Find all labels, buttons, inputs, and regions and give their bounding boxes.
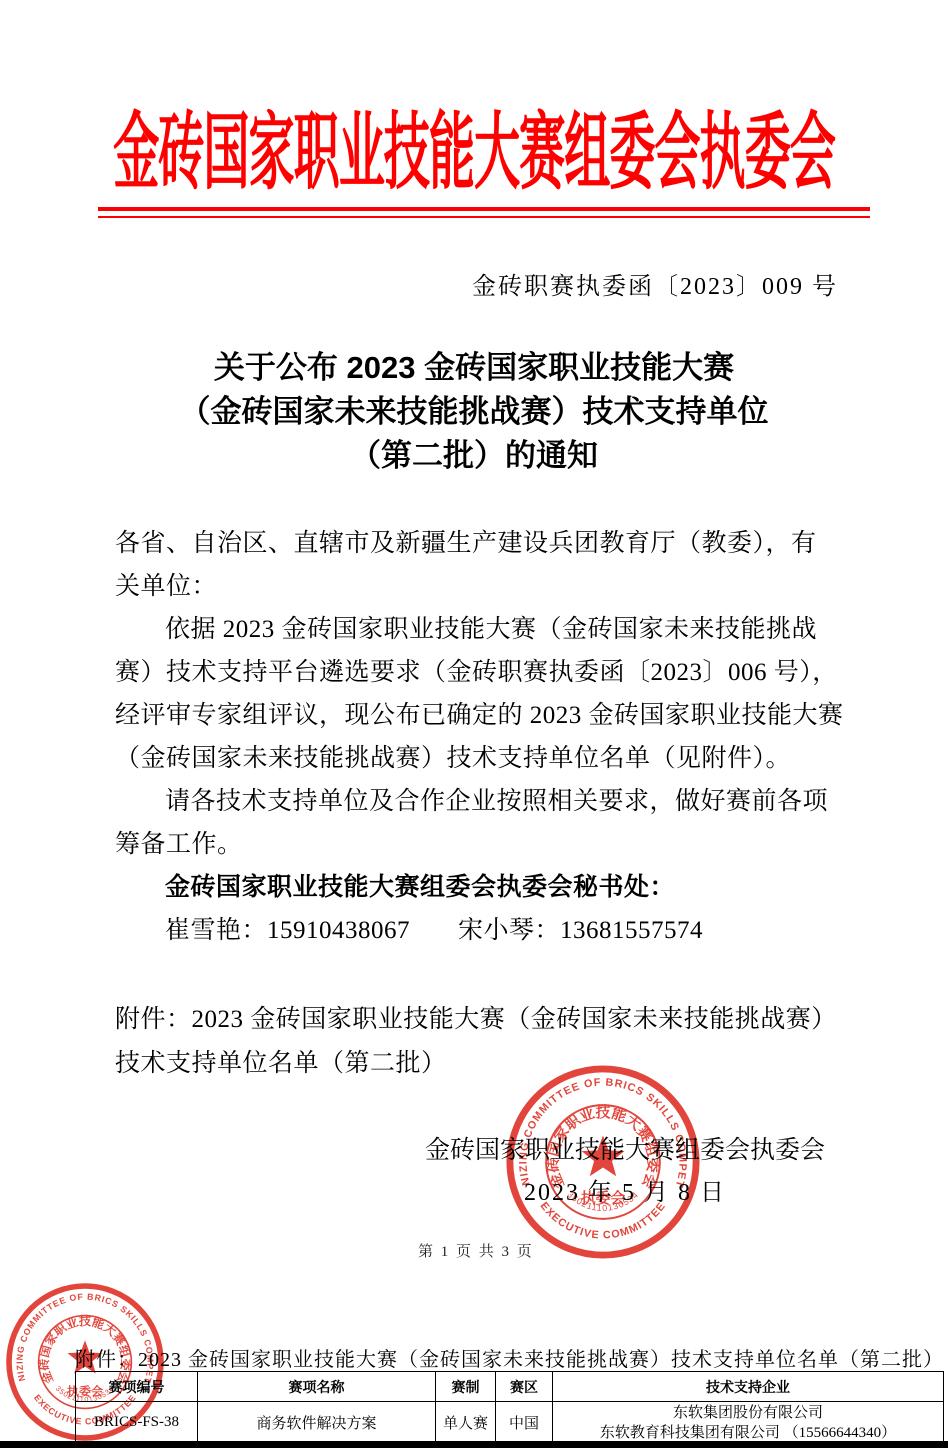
document-page: 金砖国家职业技能大赛组委会执委会 金砖职赛执委函〔2023〕009 号 关于公布…: [0, 0, 948, 1451]
salutation-line: 各省、自治区、直辖市及新疆生产建设兵团教育厅（教委），有: [115, 522, 841, 565]
cell-format: 单人赛: [436, 1402, 496, 1444]
official-seal-stamp: ORGANIZING COMMITTEE OF BRICS SKILLS COM…: [505, 1064, 701, 1260]
letterhead: 金砖国家职业技能大赛组委会执委会: [0, 110, 948, 197]
secretariat-heading: 金砖国家职业技能大赛组委会执委会秘书处：: [115, 866, 841, 909]
contact-line: 崔雪艳：15910438067宋小琴：13681557574: [115, 909, 841, 952]
column-header-region: 赛区: [496, 1372, 553, 1402]
contact-person-1: 崔雪艳：15910438067: [165, 917, 410, 944]
column-header-company: 技术支持企业: [553, 1372, 944, 1402]
paragraph-line: 赛）技术支持平台遴选要求（金砖职赛执委函〔2023〕006 号），: [115, 651, 841, 694]
letterhead-org-title: 金砖国家职业技能大赛组委会执委会: [113, 110, 835, 197]
column-header-format: 赛制: [436, 1372, 496, 1402]
table-header-row: 赛项编号 赛项名称 赛制 赛区 技术支持企业: [76, 1372, 944, 1402]
cell-company: 东软集团股份有限公司 东软教育科技集团有限公司 （15566644340）: [553, 1402, 944, 1444]
paragraph-line: 经评审专家组评议，现公布已确定的 2023 金砖国家职业技能大赛: [115, 694, 841, 737]
seal-star-icon: [582, 1136, 625, 1177]
company-name-2: 东软教育科技集团有限公司 （15566644340）: [553, 1423, 943, 1443]
attachment-note-line1: 附件：2023 金砖国家职业技能大赛（金砖国家未来技能挑战赛）: [115, 998, 855, 1042]
letterhead-divider: [98, 207, 870, 218]
attachment-table-heading: 附件：2023 金砖国家职业技能大赛（金砖国家未来技能挑战赛）技术支持单位名单（…: [75, 1343, 943, 1372]
notice-title-line2: （金砖国家未来技能挑战赛）技术支持单位: [0, 390, 948, 434]
paragraph-line: 筹备工作。: [115, 823, 841, 866]
table-row: BRICS-FS-38 商务软件解决方案 单人赛 中国 东软集团股份有限公司 东…: [76, 1402, 944, 1444]
contact-person-2: 宋小琴：13681557574: [458, 917, 703, 944]
attachment-note-line2: 技术支持单位名单（第二批）: [115, 1042, 855, 1086]
attachment-note: 附件：2023 金砖国家职业技能大赛（金砖国家未来技能挑战赛） 技术支持单位名单…: [115, 998, 855, 1086]
notice-title-line1: 关于公布 2023 金砖国家职业技能大赛: [0, 346, 948, 390]
cell-event-code: BRICS-FS-38: [76, 1402, 198, 1444]
notice-title: 关于公布 2023 金砖国家职业技能大赛 （金砖国家未来技能挑战赛）技术支持单位…: [0, 346, 948, 478]
technical-support-table: 赛项编号 赛项名称 赛制 赛区 技术支持企业 BRICS-FS-38 商务软件解…: [75, 1371, 944, 1444]
body-text: 各省、自治区、直辖市及新疆生产建设兵团教育厅（教委），有 关单位： 依据 202…: [115, 522, 841, 952]
notice-title-line3: （第二批）的通知: [0, 434, 948, 478]
cell-event-name: 商务软件解决方案: [198, 1402, 436, 1444]
column-header-event-name: 赛项名称: [198, 1372, 436, 1402]
paragraph-line: 依据 2023 金砖国家职业技能大赛（金砖国家未来技能挑战: [115, 608, 841, 651]
company-name-1: 东软集团股份有限公司: [553, 1403, 943, 1423]
column-header-event-code: 赛项编号: [76, 1372, 198, 1402]
page-bottom-edge: [0, 1441, 948, 1448]
paragraph-line: （金砖国家未来技能挑战赛）技术支持单位名单（见附件）。: [115, 737, 841, 780]
paragraph-line: 请各技术支持单位及合作企业按照相关要求，做好赛前各项: [115, 780, 841, 823]
cell-region: 中国: [496, 1402, 553, 1444]
salutation-line: 关单位：: [115, 565, 841, 608]
document-number: 金砖职赛执委函〔2023〕009 号: [472, 266, 838, 301]
